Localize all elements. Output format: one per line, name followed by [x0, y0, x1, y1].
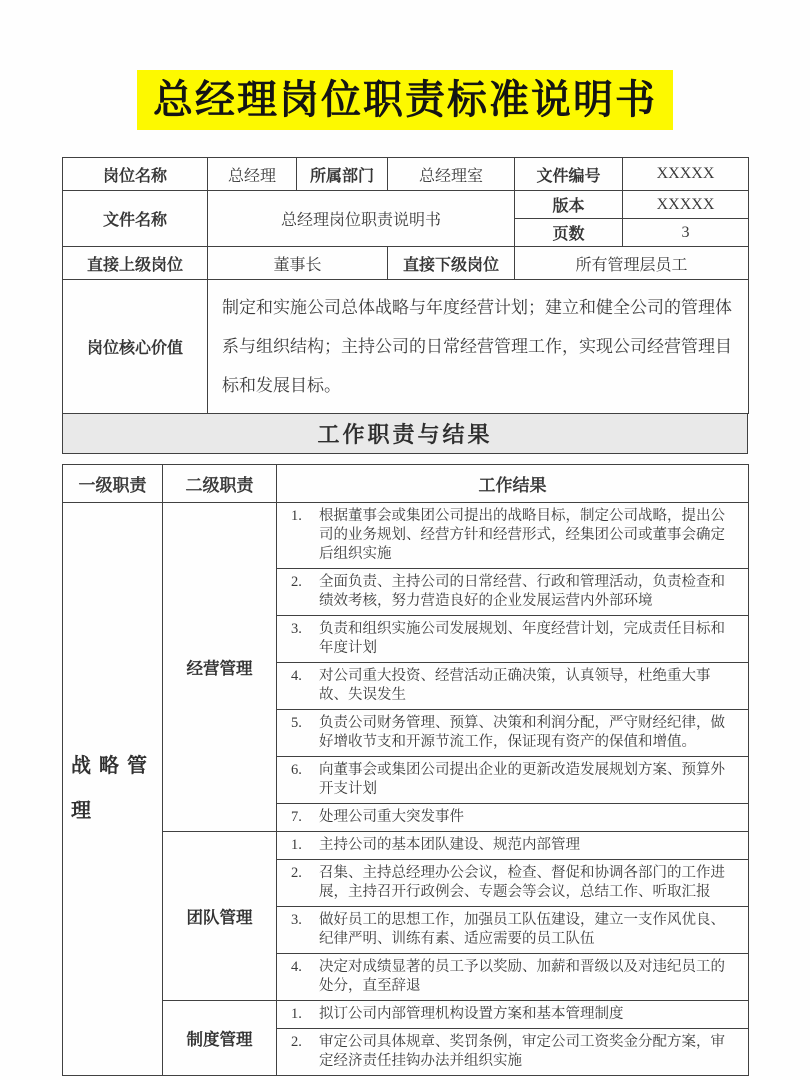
item-text: 对公司重大投资、经营活动正确决策，认真领导，杜绝重大事故、失误发生 [319, 667, 728, 705]
core-value-text: 制定和实施公司总体战略与年度经营计划；建立和健全公司的管理体系与组织结构；主持公… [208, 280, 749, 414]
item-number: 1. [277, 836, 319, 855]
item-text: 处理公司重大突发事件 [319, 808, 728, 827]
duty-item: 5.负责公司财务管理、预算、决策和利润分配，严守财经纪律，做好增收节支和开源节流… [277, 709, 749, 756]
item-number: 3. [277, 620, 319, 639]
duty-item: 4.决定对成绩显著的员工予以奖励、加薪和晋级以及对违纪员工的处分，直至辞退 [277, 953, 749, 1000]
duty-item: 1.主持公司的基本团队建设、规范内部管理 [277, 831, 749, 859]
item-number: 4. [277, 667, 319, 686]
duty-item: 1.根据董事会或集团公司提出的战略目标，制定公司战略，提出公司的业务规划、经营方… [277, 502, 749, 568]
duty-item: 2.审定公司具体规章、奖罚条例，审定公司工资奖金分配方案，审定经济责任挂钩办法并… [277, 1028, 749, 1075]
duty-item: 6.向董事会或集团公司提出企业的更新改造发展规划方案、预算外开支计划 [277, 756, 749, 803]
doc-number-label: 文件编号 [515, 158, 623, 191]
item-number: 2. [277, 864, 319, 883]
info-table: 岗位名称 总经理 所属部门 总经理室 文件编号 XXXXX 文件名称 总经理岗位… [62, 157, 749, 414]
item-number: 4. [277, 958, 319, 977]
item-text: 做好员工的思想工作，加强员工队伍建设，建立一支作风优良、纪律严明、训练有素、适应… [319, 911, 728, 949]
item-number: 7. [277, 808, 319, 827]
duty-table: 一级职责 二级职责 工作结果 战略管理 经营管理 1.根据董事会或集团公司提出的… [62, 464, 749, 1076]
item-number: 5. [277, 714, 319, 733]
item-text: 审定公司具体规章、奖罚条例，审定公司工资奖金分配方案，审定经济责任挂钩办法并组织… [319, 1033, 728, 1071]
subordinate-value: 所有管理层员工 [515, 247, 749, 280]
table-row: 岗位名称 总经理 所属部门 总经理室 文件编号 XXXXX [63, 158, 749, 191]
superior-value: 董事长 [208, 247, 388, 280]
item-number: 1. [277, 1005, 319, 1024]
superior-label: 直接上级岗位 [63, 247, 208, 280]
subordinate-label: 直接下级岗位 [388, 247, 515, 280]
header-level2: 二级职责 [163, 464, 277, 502]
item-number: 2. [277, 573, 319, 592]
duty-item: 3.负责和组织实施公司发展规划、年度经营计划，完成责任目标和年度计划 [277, 615, 749, 662]
pages-value: 3 [623, 219, 749, 247]
level1-strategy-management: 战略管理 [63, 502, 163, 1075]
position-label: 岗位名称 [63, 158, 208, 191]
duty-header-row: 一级职责 二级职责 工作结果 [63, 464, 749, 502]
document-page: 总经理岗位职责标准说明书 岗位名称 总经理 所属部门 总经理室 文件编号 XXX… [0, 0, 810, 1080]
pages-label: 页数 [515, 219, 623, 247]
item-text: 根据董事会或集团公司提出的战略目标，制定公司战略，提出公司的业务规划、经营方针和… [319, 507, 728, 564]
doc-name-value: 总经理岗位职责说明书 [208, 191, 515, 247]
item-text: 向董事会或集团公司提出企业的更新改造发展规划方案、预算外开支计划 [319, 761, 728, 799]
item-number: 6. [277, 761, 319, 780]
section-header: 工作职责与结果 [62, 413, 748, 454]
core-value-label: 岗位核心价值 [63, 280, 208, 414]
item-text: 召集、主持总经理办公会议，检查、督促和协调各部门的工作进展，主持召开行政例会、专… [319, 864, 728, 902]
doc-name-label: 文件名称 [63, 191, 208, 247]
duty-item: 2.全面负责、主持公司的日常经营、行政和管理活动，负责检查和绩效考核，努力营造良… [277, 568, 749, 615]
table-row: 岗位核心价值 制定和实施公司总体战略与年度经营计划；建立和健全公司的管理体系与组… [63, 280, 749, 414]
table-row: 团队管理 1.主持公司的基本团队建设、规范内部管理 [63, 831, 749, 859]
item-text: 决定对成绩显著的员工予以奖励、加薪和晋级以及对违纪员工的处分，直至辞退 [319, 958, 728, 996]
duty-item: 7.处理公司重大突发事件 [277, 803, 749, 831]
page-title: 总经理岗位职责标准说明书 [137, 70, 673, 130]
position-value: 总经理 [208, 158, 297, 191]
item-text: 拟订公司内部管理机构设置方案和基本管理制度 [319, 1005, 728, 1024]
doc-number-value: XXXXX [623, 158, 749, 191]
table-row: 制度管理 1.拟订公司内部管理机构设置方案和基本管理制度 [63, 1000, 749, 1028]
item-text: 全面负责、主持公司的日常经营、行政和管理活动，负责检查和绩效考核，努力营造良好的… [319, 573, 728, 611]
duty-item: 4.对公司重大投资、经营活动正确决策，认真领导，杜绝重大事故、失误发生 [277, 662, 749, 709]
department-label: 所属部门 [297, 158, 388, 191]
item-text: 主持公司的基本团队建设、规范内部管理 [319, 836, 728, 855]
item-text: 负责公司财务管理、预算、决策和利润分配，严守财经纪律，做好增收节支和开源节流工作… [319, 714, 728, 752]
department-value: 总经理室 [388, 158, 515, 191]
table-row: 文件名称 总经理岗位职责说明书 版本 XXXXX [63, 191, 749, 219]
document-body: 岗位名称 总经理 所属部门 总经理室 文件编号 XXXXX 文件名称 总经理岗位… [62, 157, 748, 1076]
item-text: 负责和组织实施公司发展规划、年度经营计划，完成责任目标和年度计划 [319, 620, 728, 658]
version-label: 版本 [515, 191, 623, 219]
title-bar: 总经理岗位职责标准说明书 [0, 0, 810, 130]
item-number: 3. [277, 911, 319, 930]
table-row: 战略管理 经营管理 1.根据董事会或集团公司提出的战略目标，制定公司战略，提出公… [63, 502, 749, 568]
level2-policy-management: 制度管理 [163, 1000, 277, 1075]
item-number: 1. [277, 507, 319, 526]
duty-item: 2.召集、主持总经理办公会议，检查、督促和协调各部门的工作进展，主持召开行政例会… [277, 859, 749, 906]
level2-team-management: 团队管理 [163, 831, 277, 1000]
item-number: 2. [277, 1033, 319, 1052]
table-row: 直接上级岗位 董事长 直接下级岗位 所有管理层员工 [63, 247, 749, 280]
duty-item: 3.做好员工的思想工作，加强员工队伍建设，建立一支作风优良、纪律严明、训练有素、… [277, 906, 749, 953]
duty-item: 1.拟订公司内部管理机构设置方案和基本管理制度 [277, 1000, 749, 1028]
header-level1: 一级职责 [63, 464, 163, 502]
header-result: 工作结果 [277, 464, 749, 502]
version-value: XXXXX [623, 191, 749, 219]
level2-operations-management: 经营管理 [163, 502, 277, 831]
